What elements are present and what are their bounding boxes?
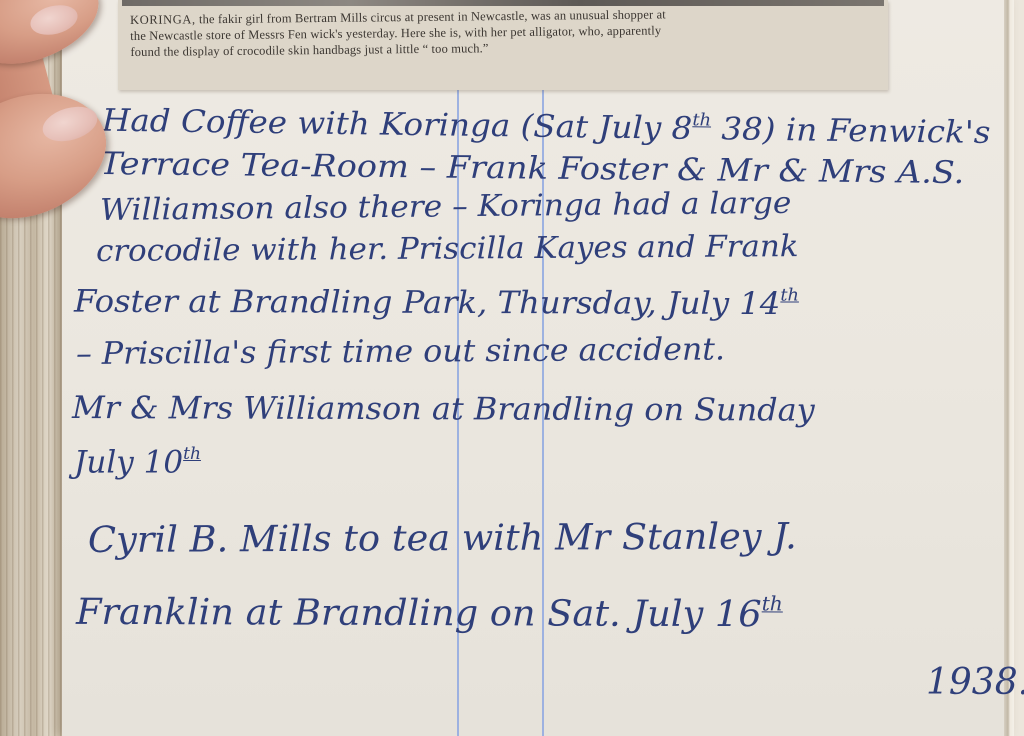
caption-lead: KORINGA,: [130, 12, 196, 27]
handwritten-line: – Priscilla's first time out since accid…: [76, 331, 725, 372]
handwritten-line: Foster at Brandling Park, Thursday, July…: [74, 283, 799, 322]
handwritten-line: Mr & Mrs Williamson at Brandling on Sund…: [72, 390, 815, 429]
handwritten-line: Williamson also there – Koringa had a la…: [100, 186, 792, 228]
handwritten-line: Cyril B. Mills to tea with Mr Stanley J.: [88, 516, 797, 561]
handwritten-year: 1938.: [926, 662, 1024, 703]
handwritten-line: crocodile with her. Priscilla Kayes and …: [96, 229, 799, 269]
page-right-edge: [1004, 0, 1014, 736]
clipping-caption: KORINGA, the fakir girl from Bertram Mil…: [130, 4, 880, 60]
handwritten-line: July 10th: [74, 444, 201, 481]
handwritten-line: Franklin at Brandling on Sat. July 16th: [76, 590, 783, 635]
scrapbook-photo: KORINGA, the fakir girl from Bertram Mil…: [0, 0, 1024, 736]
newspaper-clipping: KORINGA, the fakir girl from Bertram Mil…: [118, 0, 888, 90]
